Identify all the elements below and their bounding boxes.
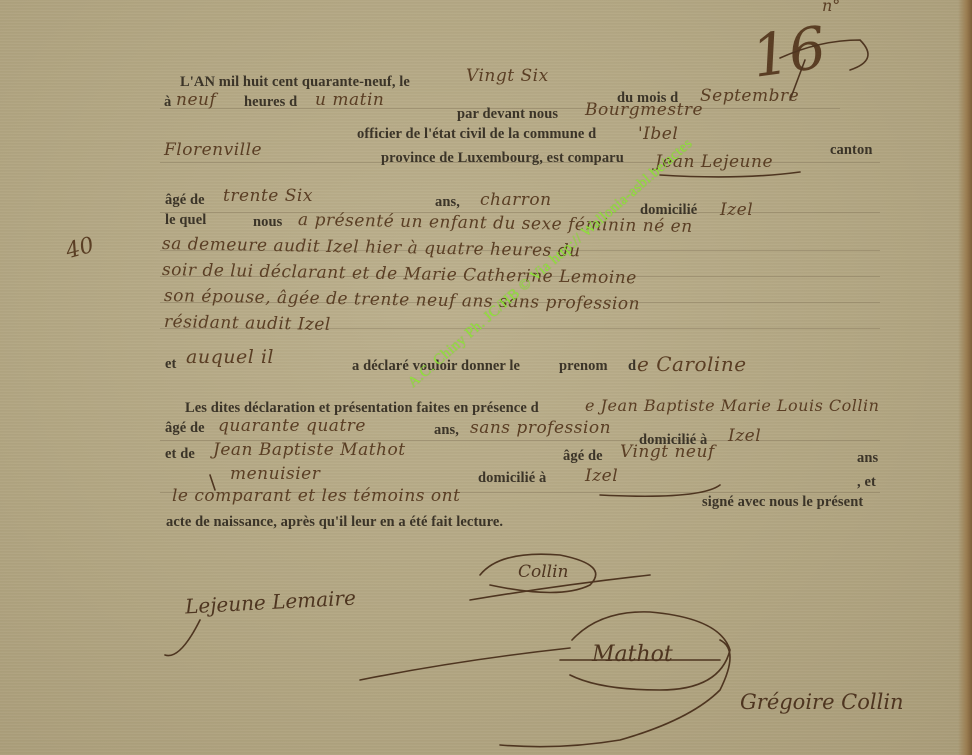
act-number-flourish [780,40,868,100]
pen-flourishes [0,0,972,755]
